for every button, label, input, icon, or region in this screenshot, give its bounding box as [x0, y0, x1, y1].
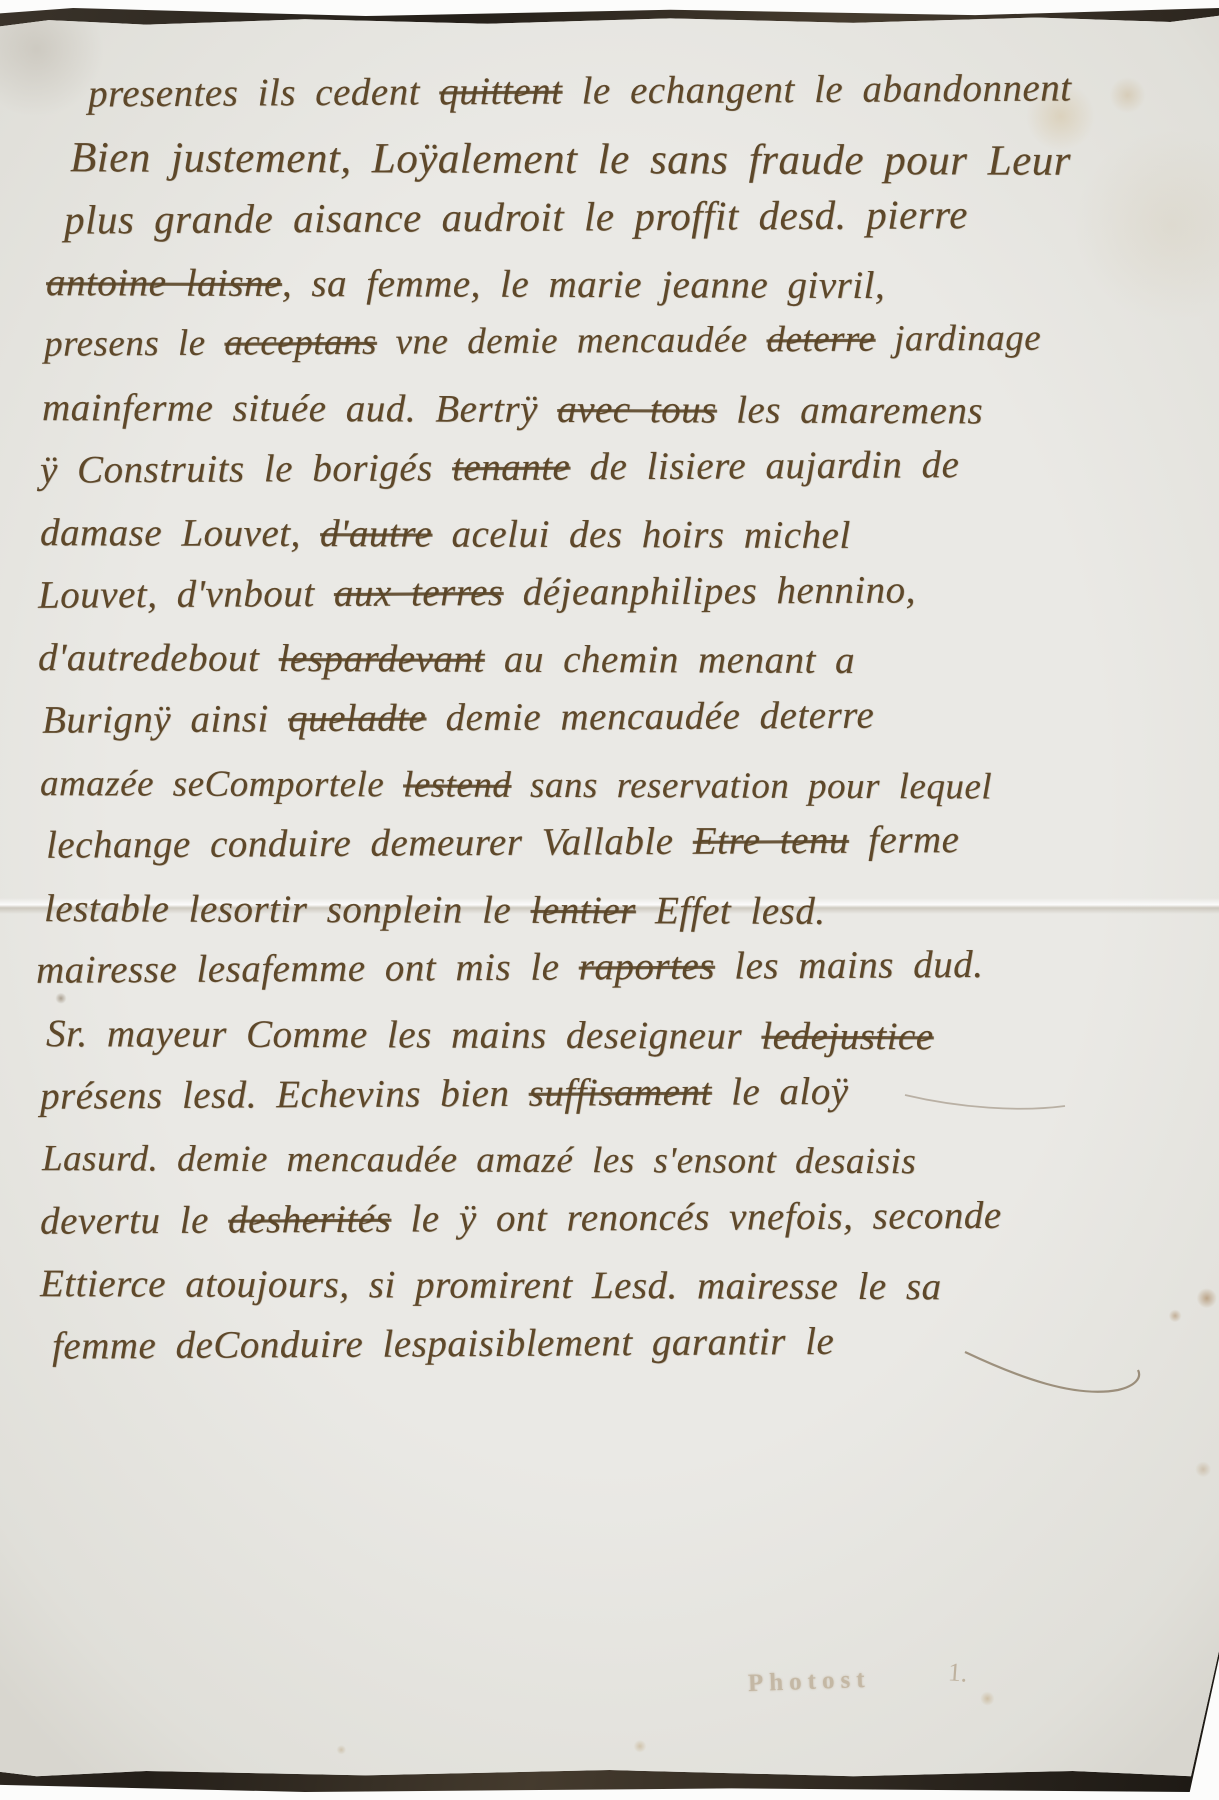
manuscript-line: lechange conduire demeurer Vallable Etre…	[0, 808, 1219, 878]
handwriting-text: Bien justement, Loÿalement le sans fraud…	[70, 134, 1071, 184]
handwriting-text: Lasurd. demie mencaudée amazé les s'enso…	[42, 1138, 916, 1182]
faint-stamp-mark: 1.	[947, 1657, 969, 1688]
handwriting-text: les mains dud.	[715, 943, 984, 988]
struck-word: antoine laisne	[46, 261, 282, 305]
struck-word: ledejustice	[761, 1015, 933, 1059]
manuscript-lines: presentes ils cedent quittent le echange…	[0, 64, 1219, 1378]
struck-word: tenante	[452, 445, 571, 489]
struck-word: deterre	[766, 319, 875, 361]
handwriting-text: les amaremens	[717, 388, 983, 432]
struck-word: aux terres	[334, 571, 504, 615]
handwriting-text: damase Louvet,	[40, 511, 320, 555]
handwriting-text: déjeanphilipes hennino,	[503, 568, 916, 614]
manuscript-line: ÿ Construits le borigés tenante de lisie…	[0, 432, 1219, 502]
handwriting-text: mainferme située aud. Bertrÿ	[42, 386, 557, 431]
handwriting-text: vne demie mencaudée	[377, 320, 767, 363]
handwriting-text: lechange conduire demeurer Vallable	[46, 820, 693, 867]
handwriting-text: Burignÿ ainsi	[42, 697, 288, 742]
manuscript-page: presentes ils cedent quittent le echange…	[0, 0, 1219, 1800]
manuscript-line: devertu le desherités le ÿ ont renoncés …	[0, 1183, 1219, 1253]
struck-word: quittent	[439, 70, 562, 114]
struck-word: raportes	[579, 945, 715, 989]
manuscript-line: Burignÿ ainsi queladte demie mencaudée d…	[0, 682, 1219, 752]
manuscript-line: presens le acceptans vne demie mencaudée…	[0, 307, 1219, 377]
manuscript-line: présens lesd. Echevins bien suffisament …	[0, 1058, 1219, 1128]
handwriting-text: , sa femme, le marie jeanne givril,	[282, 262, 885, 307]
manuscript-line: Louvet, d'vnbout aux terres déjeanphilip…	[0, 557, 1219, 627]
handwriting-text: presentes ils cedent	[88, 70, 439, 115]
struck-word: acceptans	[224, 322, 377, 364]
struck-word: d'autre	[320, 512, 432, 555]
handwriting-text: plus grande aisance audroit le proffit d…	[64, 191, 968, 243]
struck-word: queladte	[288, 696, 427, 740]
handwriting-text: ferme	[849, 818, 960, 862]
handwriting-text: demie mencaudée deterre	[426, 694, 874, 740]
handwriting-text: le ÿ ont renoncés vnefois, seconde	[391, 1194, 1002, 1241]
manuscript-line: mairesse lesafemme ont mis le raportes l…	[0, 933, 1219, 1003]
handwriting-text: ÿ Construits le borigés	[40, 446, 452, 492]
struck-word: lentier	[530, 889, 635, 932]
handwriting-text: au chemin menant a	[485, 638, 856, 682]
handwriting-text: d'autredebout	[38, 636, 279, 680]
manuscript-line: femme deConduire lespaisiblement garanti…	[0, 1308, 1219, 1378]
struck-word: desherités	[228, 1197, 391, 1241]
handwriting-text: Ettierce atoujours, si promirent Lesd. m…	[40, 1262, 942, 1308]
handwriting-text: mairesse lesafemme ont mis le	[36, 946, 579, 992]
handwriting-text: Effet lesd.	[636, 889, 826, 933]
handwriting-text: jardinage	[875, 318, 1041, 360]
handwriting-text: sans reservation pour lequel	[511, 764, 992, 807]
struck-word: suffisament	[528, 1070, 711, 1114]
faint-stamp: Photost	[748, 1666, 871, 1698]
handwriting-text: Louvet, d'vnbout	[38, 572, 334, 617]
struck-word: Etre tenu	[693, 819, 849, 863]
handwriting-text: acelui des hoirs michel	[432, 513, 851, 557]
handwriting-text: femme deConduire lespaisiblement garanti…	[52, 1320, 835, 1368]
struck-word: lespardevant	[279, 637, 485, 681]
handwriting-text: lestable lesortir sonplein le	[44, 887, 531, 932]
handwriting-text: devertu le	[40, 1198, 228, 1242]
handwriting-text: le aloÿ	[712, 1069, 849, 1113]
handwriting-text: présens lesd. Echevins bien	[40, 1071, 529, 1117]
handwriting-text: amazée seComportele	[40, 763, 403, 805]
handwriting-text: Sr. mayeur Comme les mains deseigneur	[46, 1012, 761, 1057]
handwriting-text: le echangent le abandonnent	[562, 66, 1071, 112]
manuscript-line: plus grande aisance audroit le proffit d…	[0, 182, 1219, 252]
struck-word: lestend	[403, 764, 511, 805]
handwriting-text: presens le	[44, 323, 225, 365]
struck-word: avec tous	[557, 388, 717, 432]
handwriting-text: de lisiere aujardin de	[570, 443, 959, 488]
manuscript-line: presentes ils cedent quittent le echange…	[0, 57, 1219, 127]
